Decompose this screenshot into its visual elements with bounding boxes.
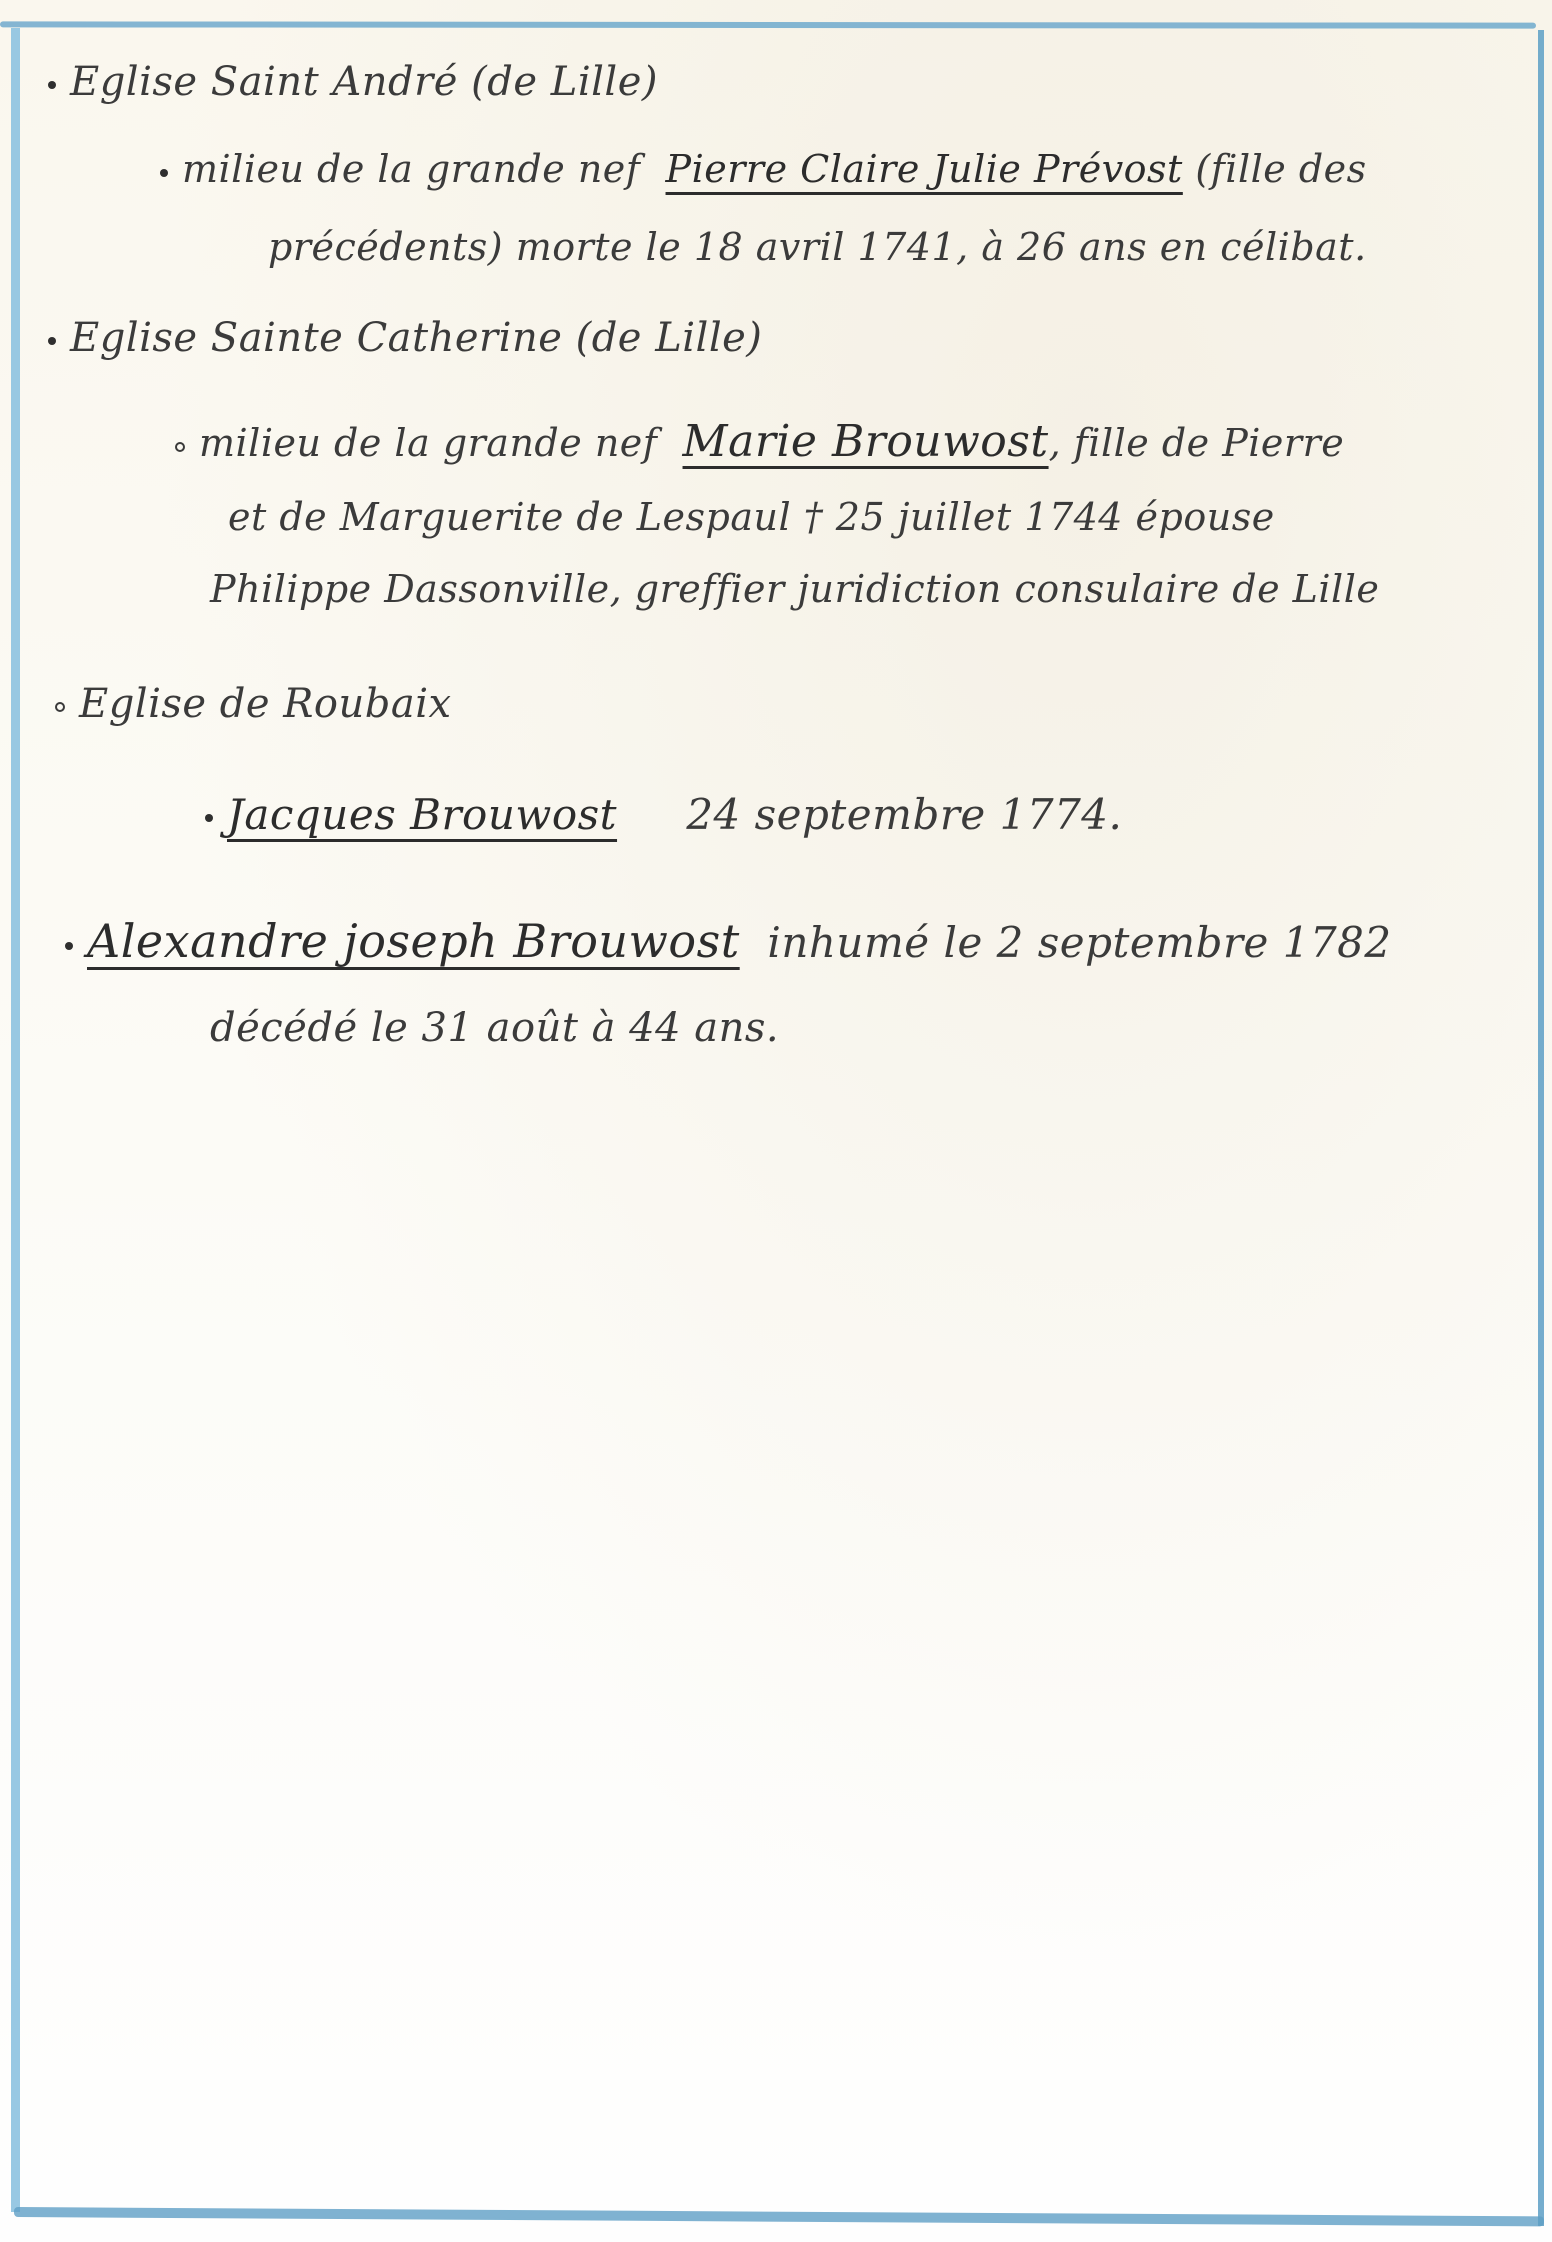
entry-alexandre-line1: Alexandre joseph Brouwost inhumé le 2 se… (65, 918, 1392, 964)
entry-sainte-catherine-line2: et de Marguerite de Lespaul † 25 juillet… (228, 498, 1275, 536)
person-name: Pierre Claire Julie Prévost (666, 147, 1183, 191)
bullet-icon (65, 942, 73, 950)
bullet-icon (55, 702, 65, 712)
person-name: Alexandre joseph Brouwost (87, 914, 740, 968)
entry-sainte-catherine-line1: milieu de la grande nef Marie Brouwost, … (175, 420, 1344, 464)
bullet-icon (48, 81, 56, 89)
section-heading-sainte-catherine: Eglise Sainte Catherine (de Lille) (48, 318, 762, 358)
entry-saint-andre-line1: milieu de la grande nef Pierre Claire Ju… (160, 150, 1367, 188)
person-name: Jacques Brouwost (227, 790, 617, 839)
page-border-right (1538, 30, 1544, 2226)
bullet-icon (160, 169, 168, 177)
entry-roubaix: Jacques Brouwost 24 septembre 1774. (205, 794, 1122, 836)
bullet-icon (175, 442, 185, 452)
section-heading-saint-andre: Eglise Saint André (de Lille) (48, 62, 658, 102)
bullet-icon (205, 814, 213, 822)
entry-saint-andre-line2: précédents) morte le 18 avril 1741, à 26… (268, 228, 1367, 266)
person-name: Marie Brouwost (683, 416, 1049, 467)
entry-alexandre-line2: décédé le 31 août à 44 ans. (210, 1008, 779, 1048)
bullet-icon (48, 337, 56, 345)
page-border-left (11, 28, 20, 2212)
section-heading-roubaix: Eglise de Roubaix (55, 684, 452, 724)
entry-sainte-catherine-line3: Philippe Dassonville, greffier juridicti… (210, 570, 1379, 608)
